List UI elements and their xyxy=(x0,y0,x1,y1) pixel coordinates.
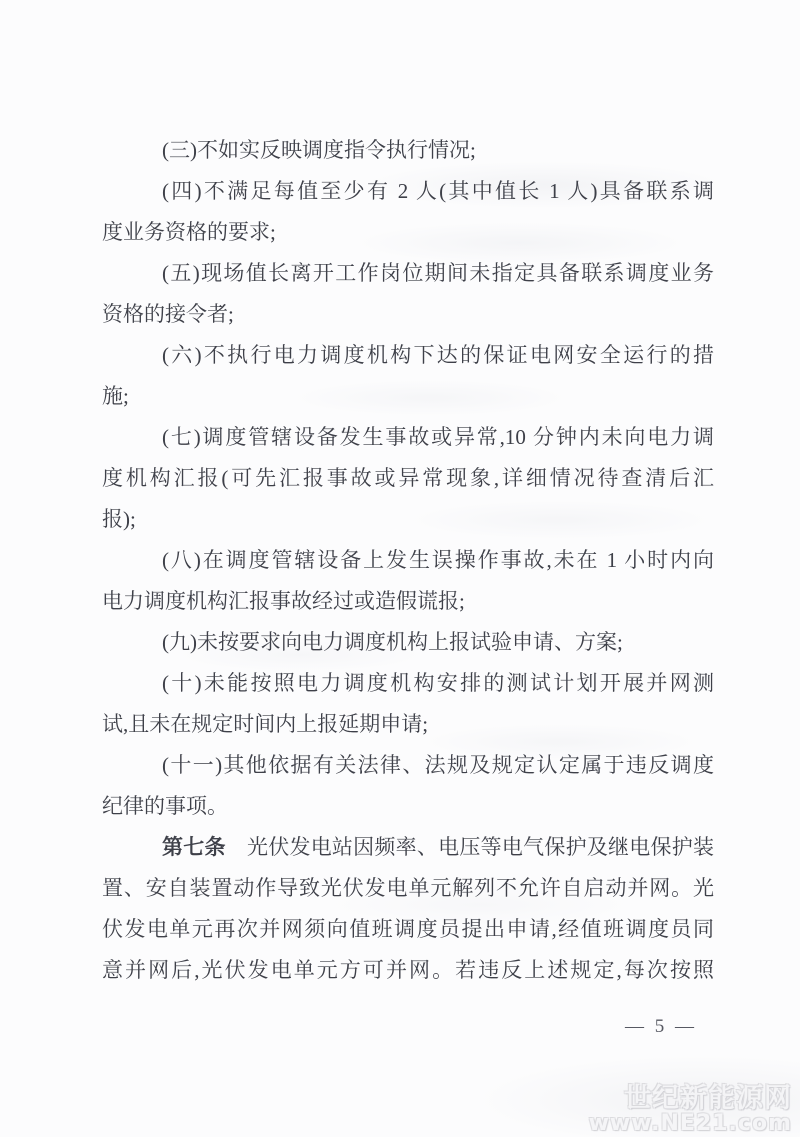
text-line: (十一)其他依据有关法律、法规及规定认定属于违反调度 xyxy=(102,745,714,786)
text-line: 电力调度机构汇报事故经过或造假谎报; xyxy=(102,581,714,622)
article-number-label: 第七条 xyxy=(162,835,226,859)
text-line: (三)不如实反映调度指令执行情况; xyxy=(102,130,714,171)
text-line: 度机构汇报(可先汇报事故或异常现象,详细情况待查清后汇 xyxy=(102,458,714,499)
text-line: (五)现场值长离开工作岗位期间未指定具备联系调度业务 xyxy=(102,253,714,294)
text-line: 报); xyxy=(102,499,714,540)
text-line: 度业务资格的要求; xyxy=(102,212,714,253)
text-line: (十)未能按照电力调度机构安排的测试计划开展并网测 xyxy=(102,663,714,704)
page-number: — 5 — xyxy=(596,1016,726,1038)
text-line: 资格的接令者; xyxy=(102,294,714,335)
text-line: 伏发电单元再次并网须向值班调度员提出申请,经值班调度员同 xyxy=(102,909,714,950)
text-line: 置、安自装置动作导致光伏发电单元解列不允许自启动并网。光 xyxy=(102,868,714,909)
text-line: (四)不满足每值至少有 2 人(其中值长 1 人)具备联系调 xyxy=(102,171,714,212)
text-line: (八)在调度管辖设备上发生误操作事故,未在 1 小时内向 xyxy=(102,540,714,581)
text-line: 纪律的事项。 xyxy=(102,786,714,827)
document-text-block: (三)不如实反映调度指令执行情况; (四)不满足每值至少有 2 人(其中值长 1… xyxy=(102,130,714,991)
watermark: 世纪新能源网 www.NE21.com xyxy=(589,1084,792,1135)
watermark-site-url: www.NE21.com xyxy=(589,1112,792,1135)
text-line: (六)不执行电力调度机构下达的保证电网安全运行的措 xyxy=(102,335,714,376)
text-line: 试,且未在规定时间内上报延期申请; xyxy=(102,704,714,745)
text-line: 第七条 光伏发电站因频率、电压等电气保护及继电保护装 xyxy=(102,827,714,868)
text-line: 意并网后,光伏发电单元方可并网。若违反上述规定,每次按照 xyxy=(102,950,714,991)
text-line: 施; xyxy=(102,376,714,417)
text-line-continuation: 光伏发电站因频率、电压等电气保护及继电保护装 xyxy=(226,835,714,859)
text-line: (七)调度管辖设备发生事故或异常,10 分钟内未向电力调 xyxy=(102,417,714,458)
text-line: (九)未按要求向电力调度机构上报试验申请、方案; xyxy=(102,622,714,663)
watermark-site-name: 世纪新能源网 xyxy=(589,1084,792,1112)
